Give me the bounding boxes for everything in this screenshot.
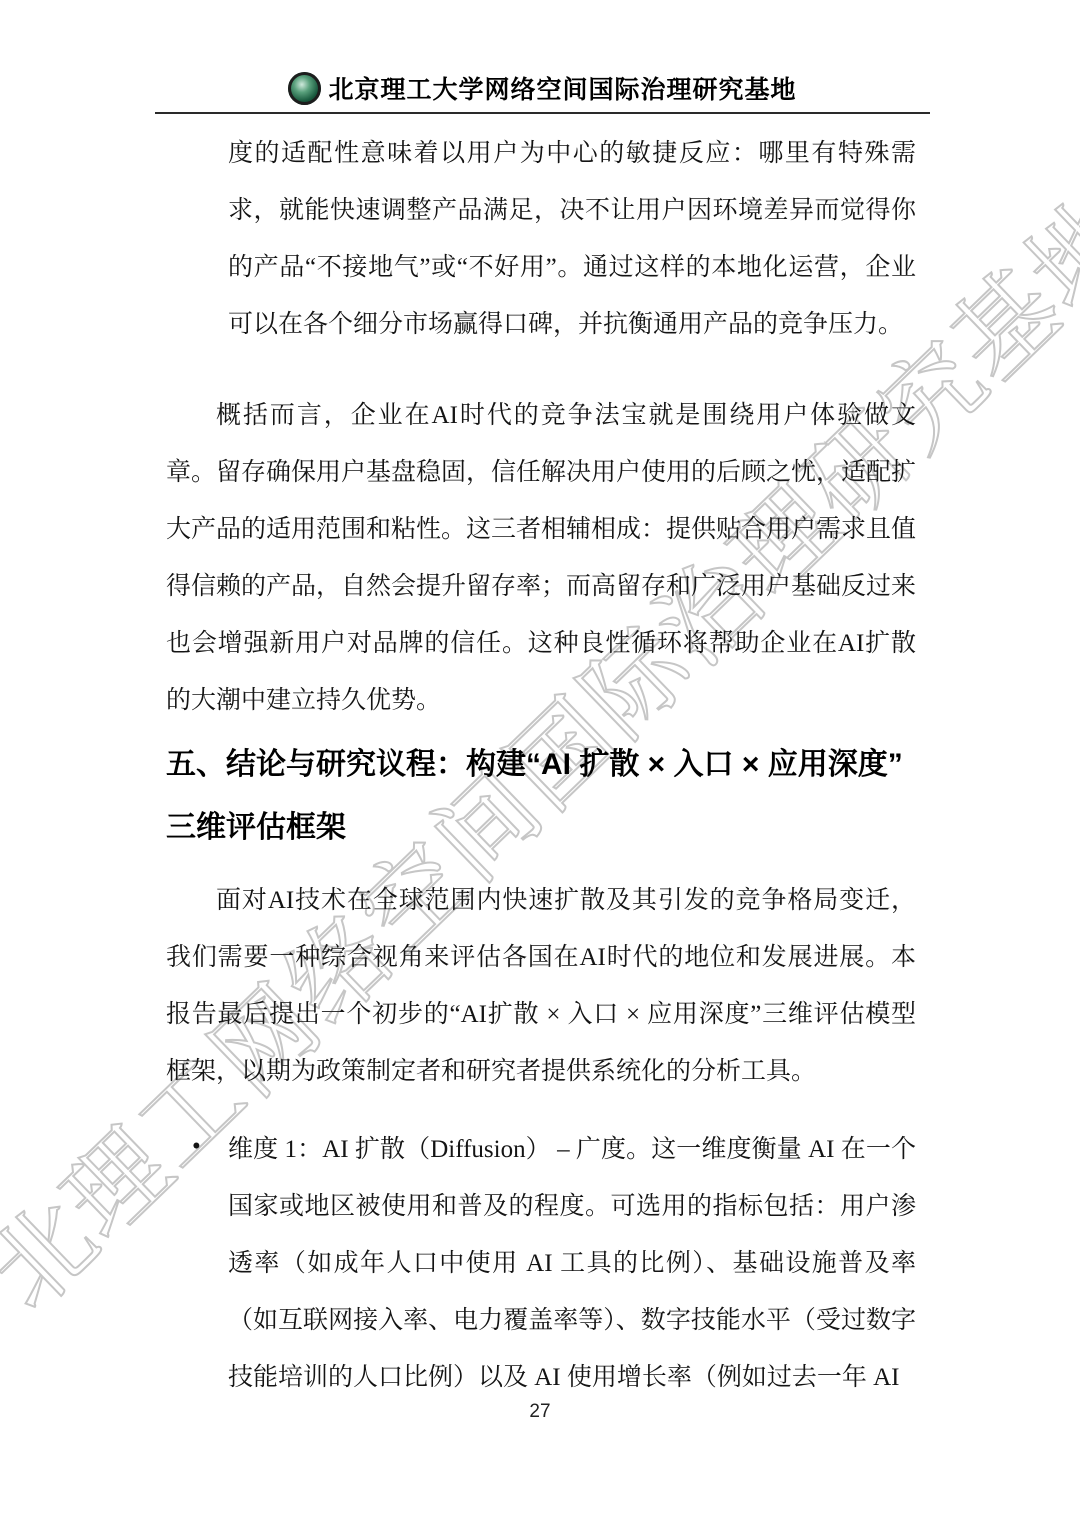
page-header: 北京理工大学网络空间国际治理研究基地 xyxy=(155,70,930,106)
section-heading-line1: 五、结论与研究议程：构建“AI 扩散 × 入口 × 应用深度” xyxy=(166,733,930,796)
bullet-marker: • xyxy=(192,1118,201,1175)
section-heading-line2: 三维评估框架 xyxy=(166,796,930,859)
document-page: 北理工网络空间国际治理研究基地 北京理工大学网络空间国际治理研究基地 度的适配性… xyxy=(0,0,1080,1527)
organization-name: 北京理工大学网络空间国际治理研究基地 xyxy=(328,70,796,106)
paragraph-summary: 概括而言，企业在AI时代的竞争法宝就是围绕用户体验做文章。留存确保用户基盘稳固，… xyxy=(166,387,916,729)
bullet-item-dimension-1: • 维度 1：AI 扩散（Diffusion） – 广度。这一维度衡量 AI 在… xyxy=(166,1121,916,1406)
page-number: 27 xyxy=(0,1401,1080,1423)
bit-emblem-icon xyxy=(288,72,321,105)
paragraph-framework: 面对AI技术在全球范围内快速扩散及其引发的竞争格局变迁，我们需要一种综合视角来评… xyxy=(166,872,916,1100)
bullet-item-text: 维度 1：AI 扩散（Diffusion） – 广度。这一维度衡量 AI 在一个… xyxy=(228,1121,916,1406)
paragraph-continuation: 度的适配性意味着以用户为中心的敏捷反应：哪里有特殊需求，就能快速调整产品满足，决… xyxy=(228,125,916,353)
header-divider xyxy=(155,112,930,114)
section-heading: 五、结论与研究议程：构建“AI 扩散 × 入口 × 应用深度” 三维评估框架 xyxy=(166,733,930,859)
